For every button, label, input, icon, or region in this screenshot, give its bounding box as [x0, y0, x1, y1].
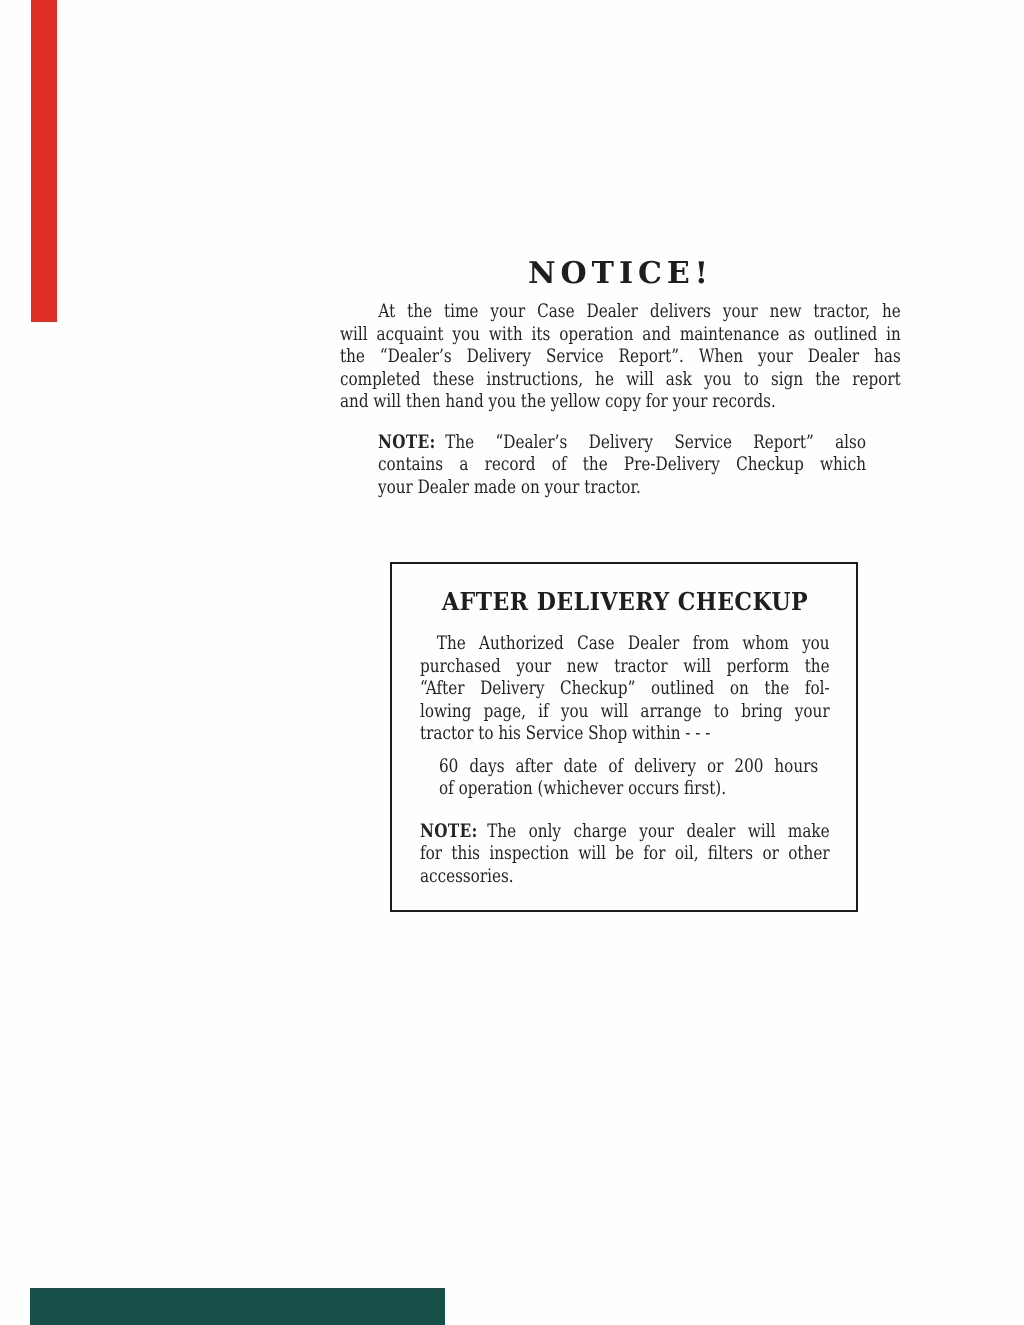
- note-label: NOTE:: [378, 431, 436, 453]
- checkup-box-title: AFTER DELIVERY CHECKUP: [436, 588, 813, 616]
- text-line: lowing page, if you will arrange to brin…: [420, 700, 830, 723]
- note-paragraph: NOTE:The “Dealer’s Delivery Service Repo…: [378, 431, 866, 499]
- notice-title: NOTICE!: [340, 0, 901, 292]
- note-label: NOTE:: [420, 820, 478, 842]
- text-line: The only charge your dealer will make: [487, 820, 829, 842]
- text-line: NOTE:The only charge your dealer will ma…: [420, 820, 830, 843]
- checkup-intro-paragraph: The Authorized Case Dealer from whom you…: [420, 632, 830, 745]
- text-line: purchased your new tractor will perform …: [420, 655, 830, 678]
- text-line: will acquaint you with its operation and…: [340, 323, 901, 346]
- text-line: contains a record of the Pre-Delivery Ch…: [378, 453, 866, 476]
- text-line: for this inspection will be for oil, fil…: [420, 842, 830, 865]
- text-line: your Dealer made on your tractor.: [378, 476, 866, 499]
- text-line: of operation (whichever occurs first).: [439, 777, 818, 800]
- scan-artifact-red-bar: [31, 0, 57, 322]
- text-line: completed these instructions, he will as…: [340, 368, 901, 391]
- text-line: “After Delivery Checkup” outlined on the…: [420, 677, 830, 700]
- text-line: NOTE:The “Dealer’s Delivery Service Repo…: [378, 431, 866, 454]
- text-line: At the time your Case Dealer delivers yo…: [340, 300, 901, 323]
- scan-artifact-teal-bar: [30, 1288, 445, 1325]
- checkup-note-paragraph: NOTE:The only charge your dealer will ma…: [420, 820, 830, 888]
- checkup-box: AFTER DELIVERY CHECKUP The Authorized Ca…: [390, 562, 858, 912]
- text-line: the “Dealer’s Delivery Service Report”. …: [340, 345, 901, 368]
- text-line: tractor to his Service Shop within - - -: [420, 722, 830, 745]
- intro-paragraph: At the time your Case Dealer delivers yo…: [340, 300, 901, 413]
- text-line: The Authorized Case Dealer from whom you: [420, 632, 830, 655]
- text-line: 60 days after date of delivery or 200 ho…: [439, 755, 818, 778]
- text-line: The “Dealer’s Delivery Service Report” a…: [445, 431, 866, 453]
- text-line: and will then hand you the yellow copy f…: [340, 390, 901, 413]
- text-line: accessories.: [420, 865, 830, 888]
- document-page: NOTICE! At the time your Case Dealer del…: [0, 0, 1024, 1325]
- text-column: NOTICE! At the time your Case Dealer del…: [340, 0, 901, 912]
- checkup-timeframe-paragraph: 60 days after date of delivery or 200 ho…: [439, 755, 818, 800]
